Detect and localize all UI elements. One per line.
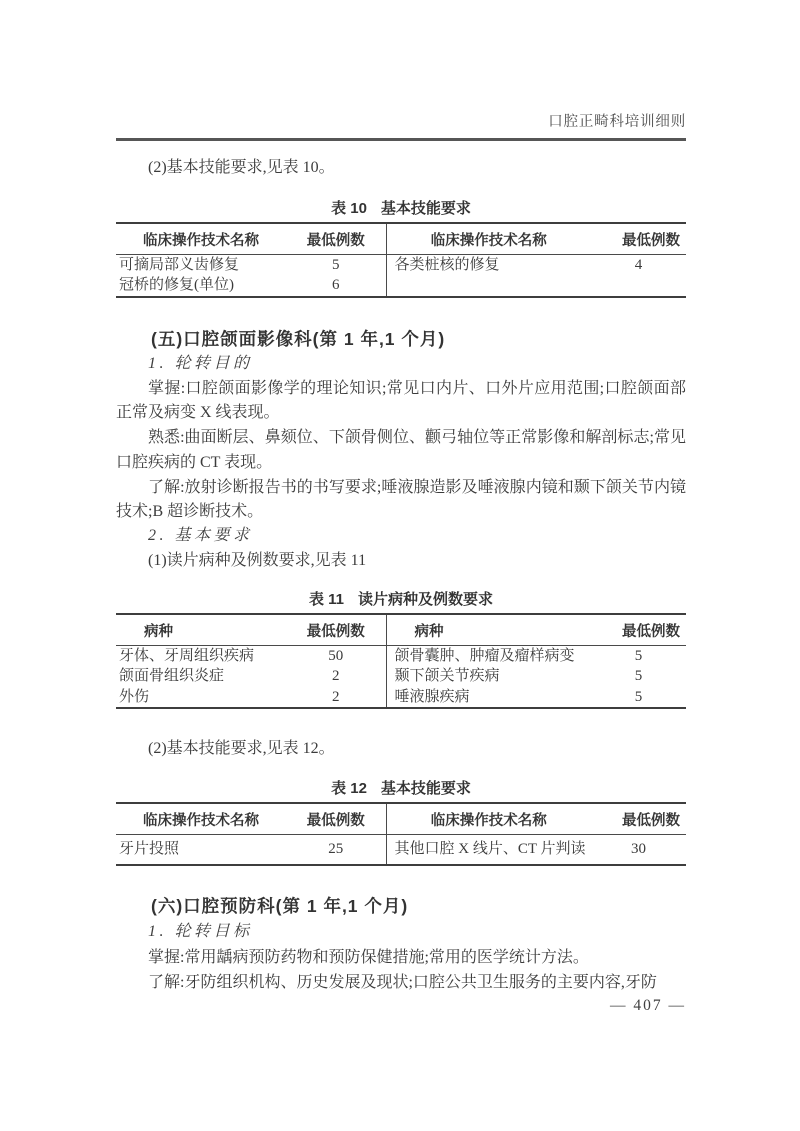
table-cell: 25 — [286, 834, 386, 865]
table12-caption-label: 表 12 — [331, 780, 367, 797]
table-cell: 2 — [286, 687, 386, 709]
table-row: 颌面骨组织炎症 2 颞下颌关节疾病 5 — [116, 666, 686, 687]
table11-caption: 表 11读片病种及例数要求 — [116, 590, 686, 610]
table-cell: 颌骨囊肿、肿瘤及瘤样病变 — [386, 645, 591, 666]
table11-header-row: 病种 最低例数 病种 最低例数 — [116, 614, 686, 646]
table-row: 冠桥的修复(单位) 6 — [116, 275, 686, 297]
table10-header-row: 临床操作技术名称 最低例数 临床操作技术名称 最低例数 — [116, 223, 686, 255]
page-content: 口腔正畸科培训细则 (2)基本技能要求,见表 10。 表 10基本技能要求 临床… — [116, 0, 686, 1018]
table-cell: 30 — [591, 834, 686, 865]
header-rule — [116, 138, 686, 141]
table-cell: 颞下颌关节疾病 — [386, 666, 591, 687]
table-row: 牙体、牙周组织疾病 50 颌骨囊肿、肿瘤及瘤样病变 5 — [116, 645, 686, 666]
paragraph-know-5: 了解:放射诊断报告书的书写要求;唾液腺造影及唾液腺内镜和颞下颌关节内镜技术;B … — [116, 476, 686, 525]
paragraph-reading-req: (1)读片病种及例数要求,见表 11 — [116, 549, 686, 574]
table-cell: 其他口腔 X 线片、CT 片判读 — [386, 834, 591, 865]
table-cell: 颌面骨组织炎症 — [116, 666, 286, 687]
table10-caption-label: 表 10 — [331, 200, 367, 217]
table10-header-name-right: 临床操作技术名称 — [386, 223, 591, 255]
paragraph-familiar-5: 熟悉:曲面断层、鼻颏位、下颌骨侧位、颧弓轴位等正常影像和解剖标志;常见口腔疾病的… — [116, 426, 686, 475]
table12-caption-title: 基本技能要求 — [381, 780, 471, 797]
table10-header-min-right: 最低例数 — [591, 223, 686, 255]
table-row: 外伤 2 唾液腺疾病 5 — [116, 687, 686, 709]
document-page: 口腔正畸科培训细则 (2)基本技能要求,见表 10。 表 10基本技能要求 临床… — [0, 0, 800, 1131]
paragraph-skill-req-12: (2)基本技能要求,见表 12。 — [116, 737, 686, 762]
table-cell: 50 — [286, 645, 386, 666]
table11-caption-label: 表 11 — [309, 591, 344, 608]
table11-header-disease-right: 病种 — [386, 614, 591, 646]
paragraph-master-6: 掌握:常用龋病预防药物和预防保健措施;常用的医学统计方法。 — [116, 946, 686, 971]
table12-header-name-right: 临床操作技术名称 — [386, 803, 591, 835]
table-cell: 各类桩核的修复 — [386, 254, 591, 275]
section5-heading: (五)口腔颌面影像科(第 1 年,1 个月) — [116, 327, 686, 351]
table11-caption-title: 读片病种及例数要求 — [358, 591, 493, 608]
table-cell: 5 — [591, 687, 686, 709]
table10-basic-skills: 临床操作技术名称 最低例数 临床操作技术名称 最低例数 可摘局部义齿修复 5 各… — [116, 222, 686, 298]
table-cell: 5 — [591, 645, 686, 666]
table-cell: 5 — [591, 666, 686, 687]
table-cell: 2 — [286, 666, 386, 687]
section5-req-label: 2. 基本要求 — [116, 525, 686, 547]
table-cell: 5 — [286, 254, 386, 275]
table10-header-min-left: 最低例数 — [286, 223, 386, 255]
paragraph-master-5: 掌握:口腔颌面影像学的理论知识;常见口内片、口外片应用范围;口腔颌面部正常及病变… — [116, 377, 686, 426]
table12-caption: 表 12基本技能要求 — [116, 779, 686, 799]
table-row: 牙片投照 25 其他口腔 X 线片、CT 片判读 30 — [116, 834, 686, 865]
table-cell: 6 — [286, 275, 386, 297]
table11-header-disease-left: 病种 — [116, 614, 286, 646]
table12-header-name-left: 临床操作技术名称 — [116, 803, 286, 835]
table10-header-name-left: 临床操作技术名称 — [116, 223, 286, 255]
table10-caption: 表 10基本技能要求 — [116, 199, 686, 219]
table-cell: 唾液腺疾病 — [386, 687, 591, 709]
paragraph-know-6: 了解:牙防组织机构、历史发展及现状;口腔公共卫生服务的主要内容,牙防 — [116, 971, 686, 996]
table-cell: 外伤 — [116, 687, 286, 709]
table11-reading-cases: 病种 最低例数 病种 最低例数 牙体、牙周组织疾病 50 颌骨囊肿、肿瘤及瘤样病… — [116, 613, 686, 710]
table-cell: 可摘局部义齿修复 — [116, 254, 286, 275]
table10-caption-title: 基本技能要求 — [381, 200, 471, 217]
table-cell: 冠桥的修复(单位) — [116, 275, 286, 297]
table12-basic-skills: 临床操作技术名称 最低例数 临床操作技术名称 最低例数 牙片投照 25 其他口腔… — [116, 802, 686, 867]
table12-header-row: 临床操作技术名称 最低例数 临床操作技术名称 最低例数 — [116, 803, 686, 835]
table-cell: 牙体、牙周组织疾病 — [116, 645, 286, 666]
table11-header-min-right: 最低例数 — [591, 614, 686, 646]
table-cell: 牙片投照 — [116, 834, 286, 865]
table11-header-min-left: 最低例数 — [286, 614, 386, 646]
table-cell: 4 — [591, 254, 686, 275]
table-row: 可摘局部义齿修复 5 各类桩核的修复 4 — [116, 254, 686, 275]
table12-header-min-left: 最低例数 — [286, 803, 386, 835]
paragraph-skill-req-10: (2)基本技能要求,见表 10。 — [116, 156, 686, 181]
section6-heading: (六)口腔预防科(第 1 年,1 个月) — [116, 894, 686, 918]
table-cell — [386, 275, 591, 297]
section5-goal-label: 1. 轮转目的 — [116, 353, 686, 375]
running-header-title: 口腔正畸科培训细则 — [116, 113, 686, 132]
section6-goal-label: 1. 轮转目标 — [116, 921, 686, 943]
table12-header-min-right: 最低例数 — [591, 803, 686, 835]
table-cell — [591, 275, 686, 297]
page-number: — 407 — — [116, 994, 686, 1018]
